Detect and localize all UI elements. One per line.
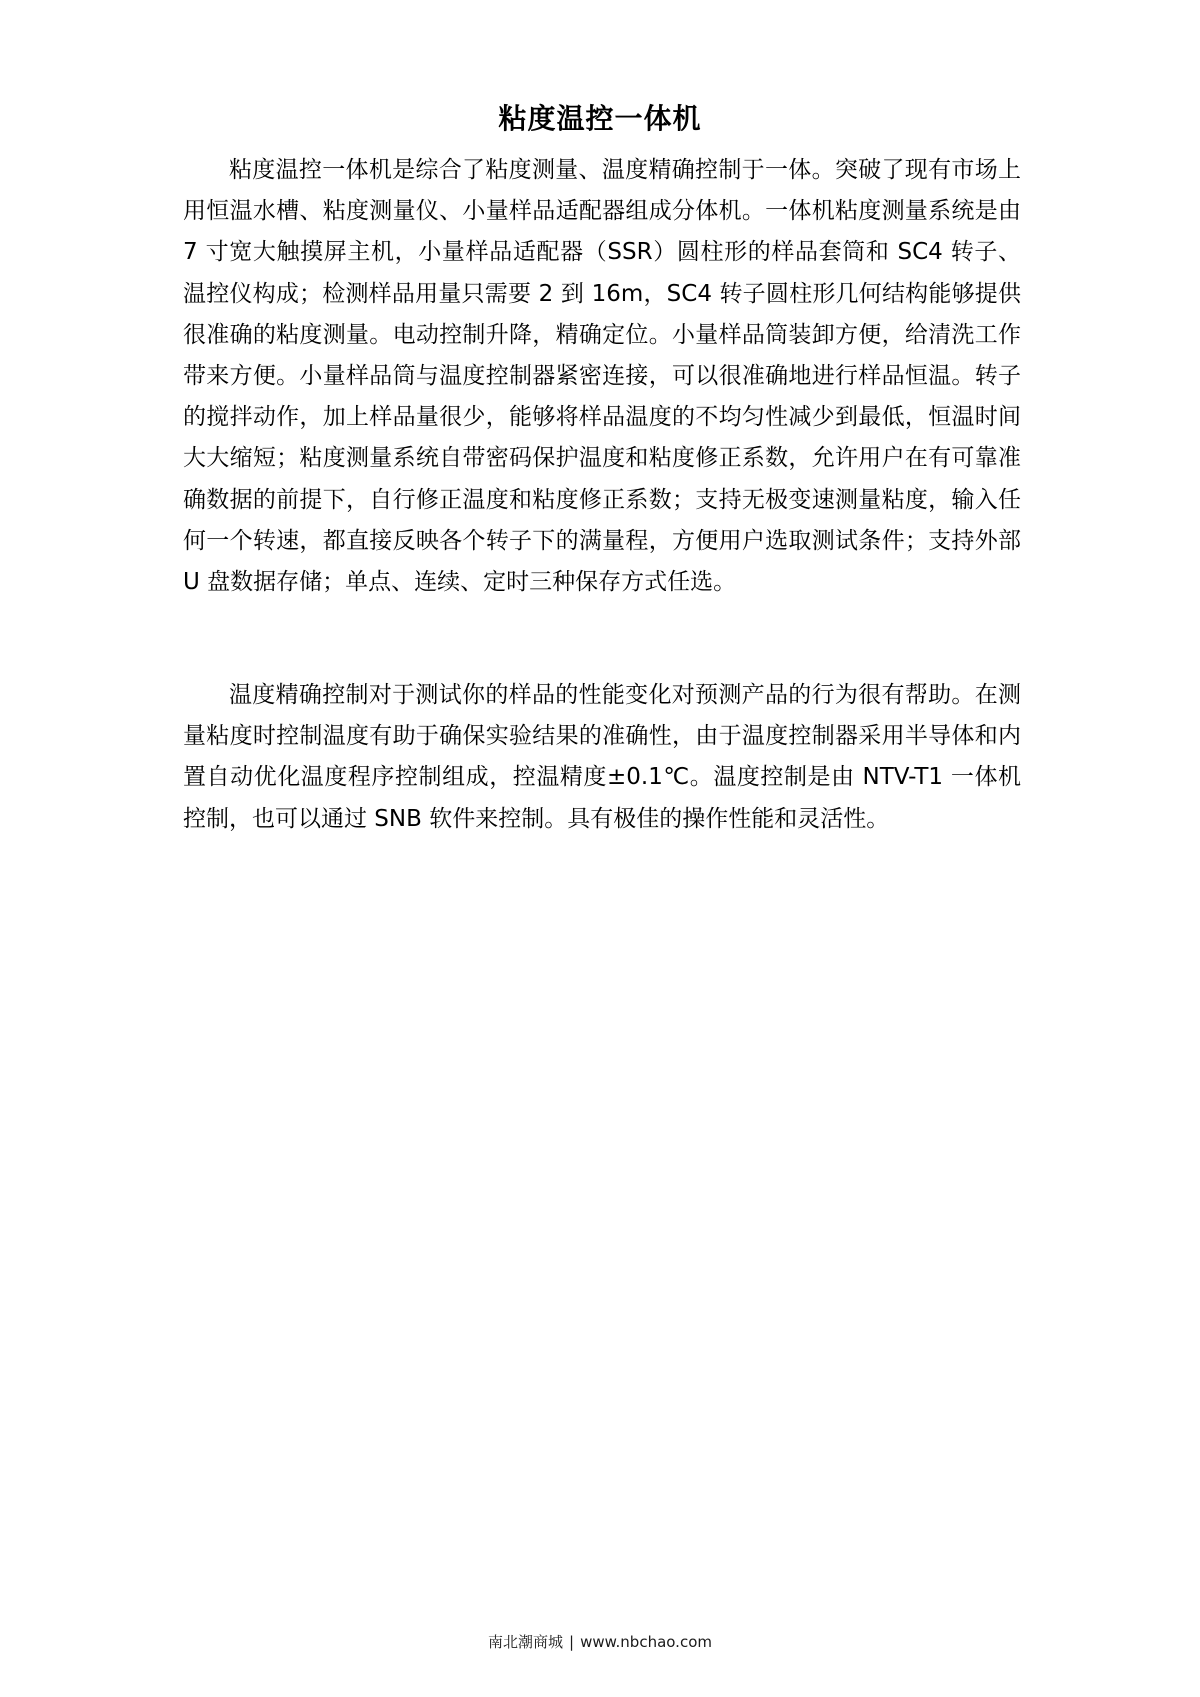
paragraph-temperature-control: 温度精确控制对于测试你的样品的性能变化对预测产品的行为很有帮助。在测量粘度时控制… xyxy=(183,675,1021,840)
document-title: 粘度温控一体机 xyxy=(0,99,1200,139)
footer-site-name: 南北潮商城 xyxy=(488,1633,563,1651)
paragraph-intro: 粘度温控一体机是综合了粘度测量、温度精确控制于一体。突破了现有市场上用恒温水槽、… xyxy=(183,150,1021,603)
footer-separator: | xyxy=(569,1633,574,1651)
page-footer: 南北潮商城|www.nbchao.com xyxy=(0,1632,1200,1652)
footer-url[interactable]: www.nbchao.com xyxy=(580,1633,712,1651)
document-page: 粘度温控一体机 粘度温控一体机是综合了粘度测量、温度精确控制于一体。突破了现有市… xyxy=(0,0,1200,1697)
